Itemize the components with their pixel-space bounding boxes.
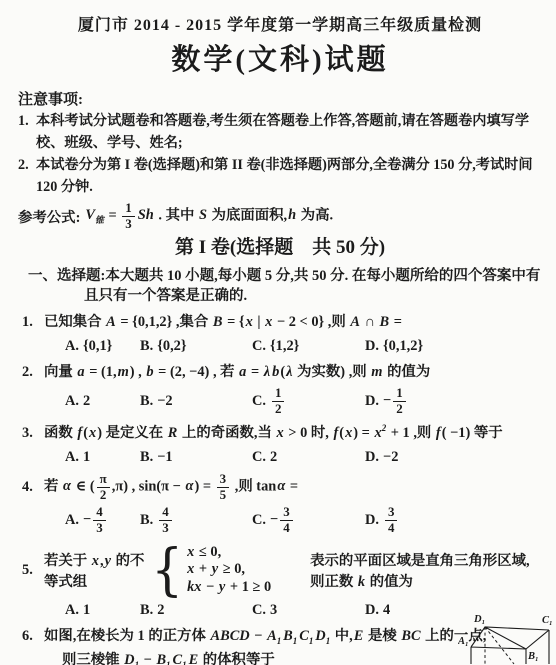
formula-expression: V锥 = 13Sh . 其中 S 为底面面积,h 为高. [84,201,333,232]
question-4: 4. 若 α ∈ (π2,π) , sin(π − α) = 35 ,则 tan… [18,473,542,501]
question-stem: 已知集合 A = {0,1,2} ,集合 B = {x | x − 2 < 0}… [44,312,402,332]
option-label: D. [365,602,379,619]
option-b: B.−1 [140,447,173,467]
option-label: C. [252,602,266,619]
option-b: B.−2 [140,386,173,417]
question-number: 4. [18,477,44,497]
question-2: 2. 向量 a = (1,m) , b = (2, −4) , 若 a = λb… [18,362,542,382]
option-label: B. [140,602,153,619]
option-c: C.3 [252,600,277,620]
option-label: B. [140,338,153,355]
notice-number: 1. [18,110,36,154]
option-label: B. [140,449,153,466]
question-4-options: A.−43 B.43 C.−34 D.34 [18,505,542,536]
option-value: 1 [83,602,90,619]
option-value: {1,2} [270,338,299,355]
section-1-instructions: 一、选择题:本大题共 10 小题,每小题 5 分,共 50 分. 在每小题所给的… [18,266,542,306]
option-value: 34 [383,505,399,536]
option-b: B.{0,2} [140,336,187,356]
section-1-title: 第 I 卷(选择题 共 50 分) [18,236,542,260]
exam-header: 厦门市 2014 - 2015 学年度第一学期高三年级质量检测 [18,16,542,36]
inequality-system: x ≤ 0, x + y ≥ 0, kx − y + 1 ≥ 0 [186,544,304,597]
option-value: −1 [157,449,172,466]
reference-formula: 参考公式: V锥 = 13Sh . 其中 S 为底面面积,h 为高. [18,200,542,232]
vertex-label-d1: D₁ [473,614,485,625]
option-value: 43 [157,505,173,536]
option-b: B.43 [140,505,174,536]
option-a: A.−43 [65,505,108,536]
option-label: A. [65,393,79,410]
question-number: 1. [18,312,44,332]
question-3: 3. 函数 f(x) 是定义在 R 上的奇函数,当 x > 0 时, f(x) … [18,423,542,443]
option-label: C. [252,512,266,529]
option-value: 2 [270,449,277,466]
question-stem: 函数 f(x) 是定义在 R 上的奇函数,当 x > 0 时, f(x) = x… [44,423,503,443]
option-value: 1 [83,449,90,466]
option-label: B. [140,512,153,529]
question-number: 3. [18,423,44,443]
question-stem: 向量 a = (1,m) , b = (2, −4) , 若 a = λb(λ … [44,362,430,382]
option-value: 2 [83,393,90,410]
option-value: −2 [157,393,172,410]
option-label: D. [365,393,379,410]
option-label: D. [365,449,379,466]
option-label: C. [252,393,266,410]
option-value: 3 [270,602,277,619]
vertex-label-b1: B₁ [527,651,539,662]
formula-label: 参考公式: [18,206,80,227]
option-label: D. [365,512,379,529]
option-b: B.2 [140,600,164,620]
option-c: C.2 [252,447,277,467]
question-stem-pre: 若关于 x,y 的不等式组 [44,549,147,591]
option-label: A. [65,338,79,355]
option-c: C.−34 [252,505,295,536]
question-1: 1. 已知集合 A = {0,1,2} ,集合 B = {x | x − 2 <… [18,312,542,332]
option-value: −43 [83,505,108,536]
option-value: {0,2} [157,338,186,355]
question-2-options: A.2 B.−2 C.12 D.−12 [18,386,542,417]
system-line-3: kx − y + 1 ≥ 0 [186,579,304,597]
option-value: −34 [270,505,295,536]
question-number: 5. [18,562,44,579]
option-value: −2 [383,449,398,466]
system-brace: { [151,545,183,595]
option-label: D. [365,338,379,355]
option-label: C. [252,449,266,466]
option-value: {0,1,2} [383,338,423,355]
question-number: 2. [18,362,44,382]
system-line-1: x ≤ 0, [186,544,304,562]
system-line-2: x + y ≥ 0, [186,561,304,579]
cube-hidden-edges [485,627,514,664]
notice-number: 2. [18,154,36,198]
notice-text: 本试卷分为第 I 卷(选择题)和第 II 卷(非选择题)两部分,全卷满分 150… [36,154,542,198]
question-number: 6. [18,626,44,646]
question-stem: 如图,在棱长为 1 的正方体 ABCD − A1B1C1D1 中,E 是棱 BC… [44,626,486,646]
option-label: A. [65,512,79,529]
notice-item-2: 2. 本试卷分为第 I 卷(选择题)和第 II 卷(非选择题)两部分,全卷满分 … [18,154,542,198]
option-value: {0,1} [83,338,112,355]
cube-figure: D₁ C₁ A₁ B₁ [458,610,554,665]
option-c: C.{1,2} [252,336,299,356]
option-label: A. [65,602,79,619]
option-a: A.1 [65,447,90,467]
option-label: B. [140,393,153,410]
notice-item-1: 1. 本科考试分试题卷和答题卷,考生须在答题卷上作答,答题前,请在答题卷内填写学… [18,110,542,154]
option-d: D.34 [365,505,399,536]
option-value: 4 [383,602,390,619]
option-a: A.{0,1} [65,336,112,356]
question-3-options: A.1 B.−1 C.2 D.−2 [18,447,542,467]
question-stem: 若 α ∈ (π2,π) , sin(π − α) = 35 ,则 tanα = [44,472,298,503]
option-value: −12 [383,386,408,417]
option-label: A. [65,449,79,466]
option-d: D.4 [365,600,390,620]
exam-title: 数学(文科)试题 [18,42,542,78]
exam-paper-page: 厦门市 2014 - 2015 学年度第一学期高三年级质量检测 数学(文科)试题… [0,0,556,665]
question-1-options: A.{0,1} B.{0,2} C.{1,2} D.{0,1,2} [18,336,542,356]
vertex-label-a1: A₁ [458,636,469,647]
option-d: D.−12 [365,386,408,417]
question-5: 5. 若关于 x,y 的不等式组 { x ≤ 0, x + y ≥ 0, kx … [18,542,542,598]
question-stem-post: 表示的平面区域是直角三角形区域,则正数 k 的值为 [310,549,542,591]
notices-heading: 注意事项: [18,90,542,110]
option-a: A.2 [65,386,90,417]
notice-text: 本科考试分试题卷和答题卷,考生须在答题卷上作答,答题前,请在答题卷内填写学校、班… [36,110,542,154]
option-d: D.−2 [365,447,398,467]
option-value: 12 [270,386,286,417]
option-d: D.{0,1,2} [365,336,423,356]
option-label: C. [252,338,266,355]
option-a: A.1 [65,600,90,620]
option-c: C.12 [252,386,286,417]
vertex-label-c1: C₁ [542,615,553,626]
option-value: 2 [157,602,164,619]
